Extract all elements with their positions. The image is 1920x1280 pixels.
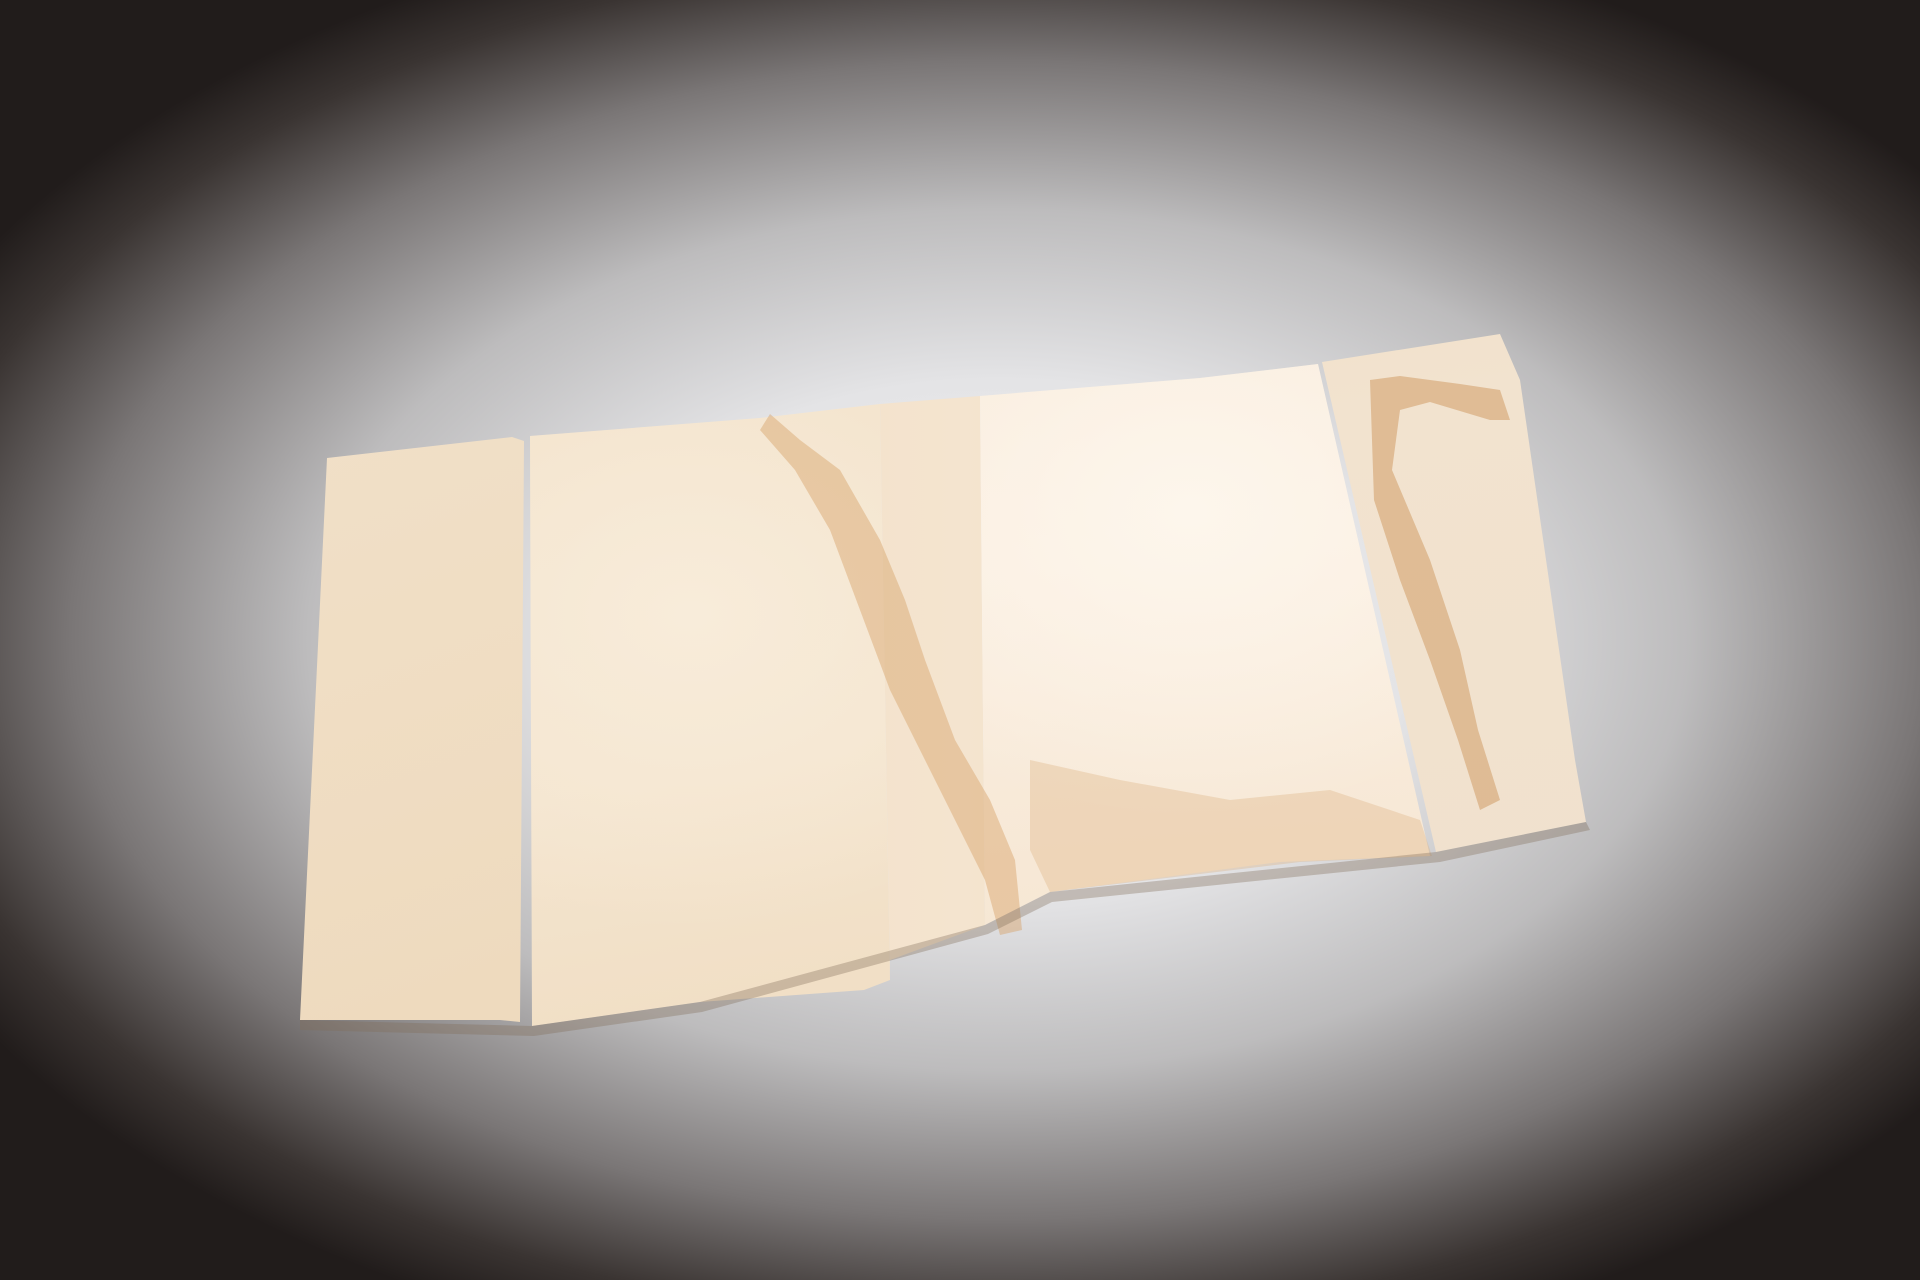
spine-panel (0, 0, 1920, 1280)
dust-jacket (0, 0, 1920, 1280)
